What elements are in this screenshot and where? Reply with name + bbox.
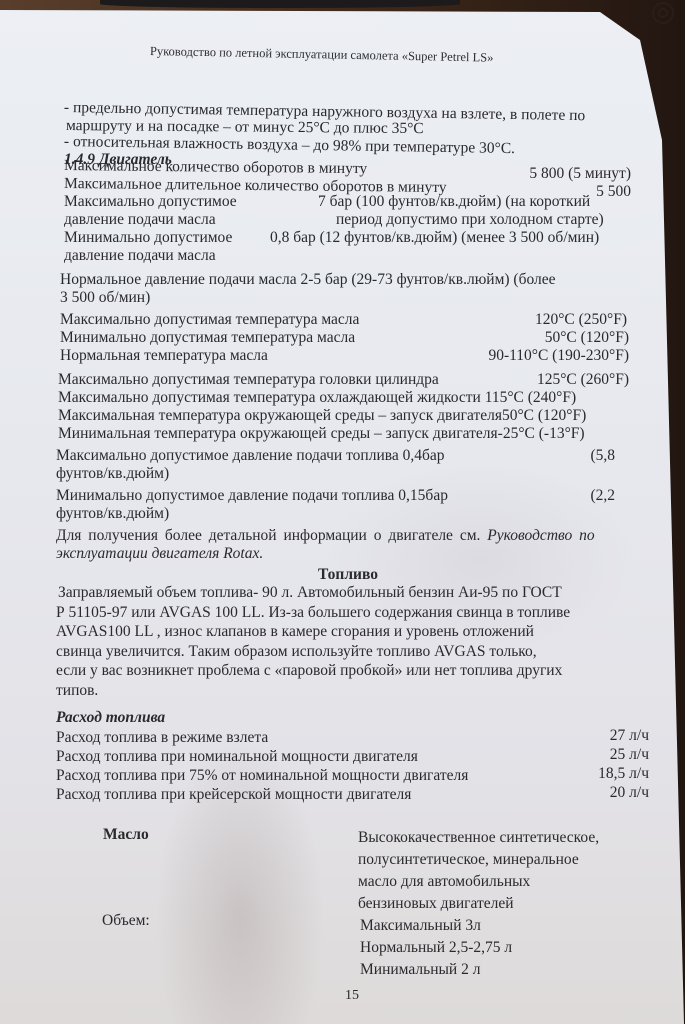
spec-label: Максимальная температура окружающей сред… bbox=[58, 407, 586, 425]
consumption-label: Расход топлива при номинальной мощности … bbox=[56, 748, 418, 766]
document-page: Руководство по летной эксплуатации самол… bbox=[0, 0, 685, 1024]
consumption-label: Расход топлива при крейсерской мощности … bbox=[56, 786, 411, 804]
consumption-label: Расход топлива в режиме взлета bbox=[56, 729, 268, 747]
spec-value: 120°C (250°F) bbox=[535, 311, 627, 329]
consumption-value: 20 л/ч bbox=[610, 784, 649, 802]
spec-value: 90-110°C (190-230°F) bbox=[488, 347, 629, 365]
spec-label: Максимально допустимое bbox=[64, 193, 237, 211]
spec-label: давление подачи масла bbox=[64, 211, 216, 229]
spec-label: Максимально допустимая температура охлаж… bbox=[58, 389, 576, 407]
fuel-paragraph-line: свинца увеличится. Таким образом использ… bbox=[56, 643, 537, 661]
spec-value: (5,8 bbox=[590, 447, 615, 465]
spec-value: 0,8 бар (12 фунтов/кв.дюйм) (менее 3 500… bbox=[270, 229, 599, 247]
oil-label: Масло bbox=[103, 826, 149, 844]
consumption-value: 25 л/ч bbox=[610, 746, 649, 764]
fuel-paragraph-line: AVGAS100 LL , износ клапанов в камере сг… bbox=[56, 623, 534, 641]
spec-value: (2,2 bbox=[590, 487, 615, 505]
consumption-value: 27 л/ч bbox=[610, 727, 649, 745]
reference-manual-title-cont: эксплуатации двигателя Rotax. bbox=[56, 545, 263, 563]
consumption-value: 18,5 л/ч bbox=[598, 765, 649, 783]
reference-manual-title: Руководство по bbox=[487, 527, 594, 544]
oil-description-line: масло для автомобильных bbox=[358, 873, 530, 891]
spec-label: Максимально допустимая температура масла bbox=[60, 311, 359, 329]
spec-label: Максимально допустимое давление подачи т… bbox=[56, 447, 445, 465]
oil-description-line: бензиновых двигателей bbox=[358, 895, 514, 913]
reference-text: Для получения более детальной информации… bbox=[56, 527, 480, 544]
spec-label: Минимально допустимое bbox=[64, 229, 232, 247]
oil-volume-line: Максимальный 3л bbox=[360, 917, 481, 935]
engine-reference: Для получения более детальной информации… bbox=[56, 527, 595, 545]
running-header: Руководство по летной эксплуатации самол… bbox=[150, 42, 494, 67]
oil-volume-line: Нормальный 2,5-2,75 л bbox=[360, 939, 512, 957]
spec-label: Максимально допустимая температура голов… bbox=[58, 371, 439, 389]
spec-label: Нормальное давление подачи масла 2-5 бар… bbox=[60, 271, 556, 289]
spec-value: 5 800 (5 минут) bbox=[529, 165, 631, 183]
spec-value: 5 500 bbox=[596, 183, 631, 201]
spec-value: 7 бар (100 фунтов/кв.дюйм) (на короткий bbox=[318, 193, 590, 211]
spec-label: фунтов/кв.дюйм) bbox=[56, 465, 169, 483]
oil-volume-line: Минимальный 2 л bbox=[360, 961, 480, 979]
oil-description-line: полусинтетическое, минеральное bbox=[358, 851, 579, 869]
spec-label: 3 500 об/мин) bbox=[60, 289, 150, 307]
oil-volume-label: Объем: bbox=[102, 912, 150, 930]
spec-value: 125°C (260°F) bbox=[537, 371, 629, 389]
spec-label: давление подачи масла bbox=[64, 247, 216, 265]
page-number: 15 bbox=[345, 987, 359, 1005]
fuel-paragraph-line: Р 51105-97 или AVGAS 100 LL. Из-за больш… bbox=[56, 604, 570, 622]
oil-description-line: Высококачественное синтетическое, bbox=[358, 829, 599, 847]
section-heading-consumption: Расход топлива bbox=[56, 709, 165, 727]
fuel-paragraph-line: Заправляемый объем топлива- 90 л. Автомо… bbox=[58, 584, 562, 602]
section-heading-fuel: Топливо bbox=[318, 566, 378, 584]
fuel-paragraph-line: если у вас возникнет проблема с «паровой… bbox=[56, 662, 562, 680]
spec-label: Минимально допустимая температура масла bbox=[60, 329, 355, 347]
spec-value: 50°C (120°F) bbox=[545, 329, 629, 347]
spec-label: Нормальная температура масла bbox=[60, 347, 268, 365]
consumption-label: Расход топлива при 75% от номинальной мо… bbox=[56, 767, 468, 785]
spec-label: Минимально допустимое давление подачи то… bbox=[56, 487, 448, 505]
spec-value: период допустимо при холодном старте) bbox=[336, 211, 604, 229]
spec-label: фунтов/кв.дюйм) bbox=[56, 505, 169, 523]
spec-label: Минимальная температура окружающей среды… bbox=[58, 425, 585, 443]
fuel-paragraph-line: типов. bbox=[56, 682, 98, 700]
